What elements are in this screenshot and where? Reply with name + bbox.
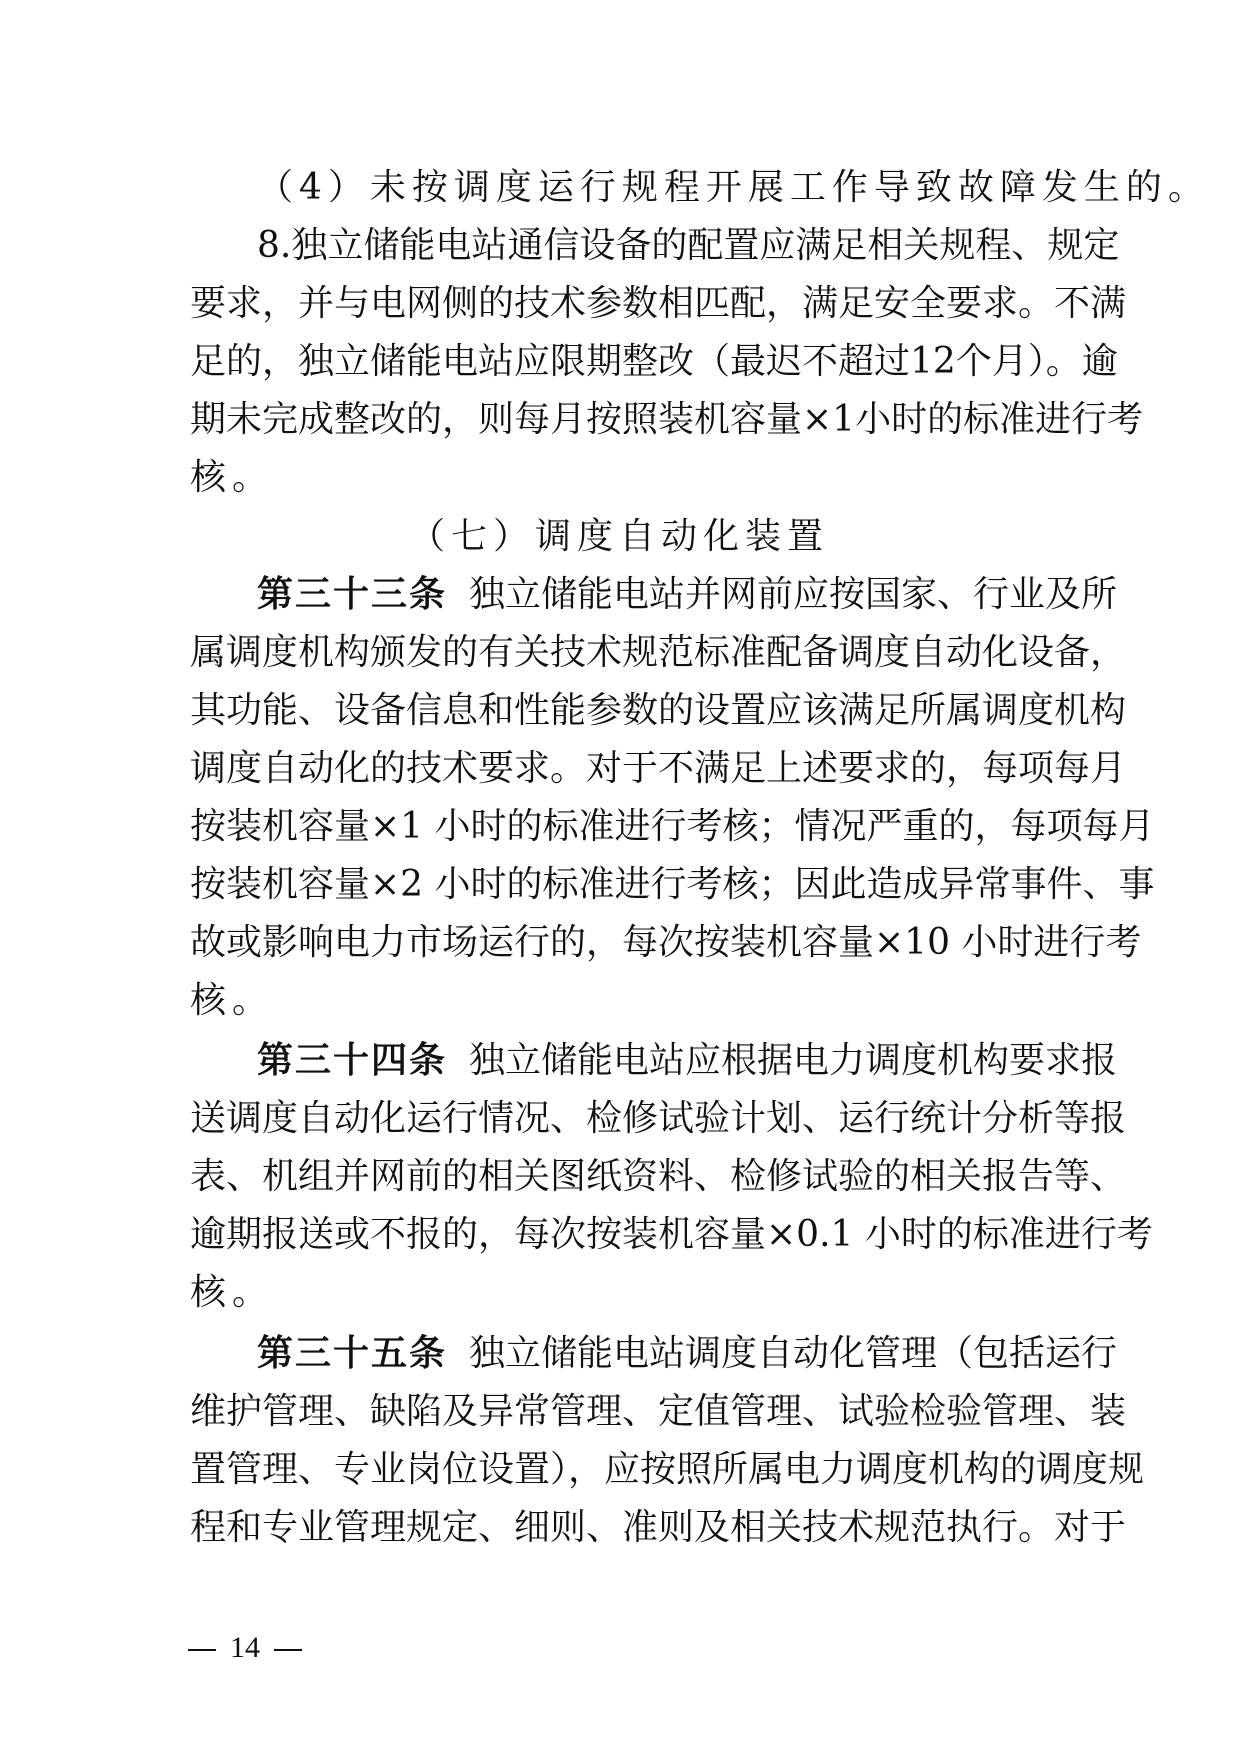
article-33-title: 第三十三条 — [257, 574, 447, 615]
article-35-line-4: 程和专业管理规定、细则、准则及相关技术规范执行。对于 — [190, 1499, 1048, 1557]
clause-8-line-3: 足的，独立储能电站应限期整改（最迟不超过12个月）。逾 — [190, 333, 1048, 391]
article-35-text-1: 独立储能电站调度自动化管理（包括运行 — [469, 1333, 1117, 1374]
article-33-line-3: 其功能、设备信息和性能参数的设置应该满足所属调度机构 — [190, 682, 1048, 740]
article-33-text-1: 独立储能电站并网前应按国家、行业及所 — [469, 574, 1117, 615]
article-34-line-5: 核。 — [190, 1264, 1048, 1322]
article-33-line-5: 按装机容量×1 小时的标准进行考核；情况严重的，每项每月 — [190, 798, 1048, 856]
clause-8-line-2: 要求，并与电网侧的技术参数相匹配，满足安全要求。不满 — [190, 275, 1048, 333]
article-35-line-3: 置管理、专业岗位设置），应按照所属电力调度机构的调度规 — [190, 1441, 1048, 1499]
article-35-line-1: 第三十五条独立储能电站调度自动化管理（包括运行 — [257, 1325, 1048, 1383]
page-number-value: 14 — [216, 1628, 274, 1668]
article-33-line-8: 核。 — [190, 972, 1048, 1030]
article-33-line-2: 属调度机构颁发的有关技术规范标准配备调度自动化设备， — [190, 624, 1048, 682]
article-34-line-2: 送调度自动化运行情况、检修试验计划、运行统计分析等报 — [190, 1090, 1048, 1148]
article-33-line-7: 故或影响电力市场运行的，每次按装机容量×10 小时进行考 — [190, 914, 1048, 972]
clause-8-line-4: 期未完成整改的，则每月按照装机容量×1小时的标准进行考 — [190, 391, 1048, 449]
clause-8-line-1: 8.独立储能电站通信设备的配置应满足相关规程、规定 — [257, 217, 1048, 275]
clause-8-line-5: 核。 — [190, 449, 1048, 507]
document-page: （4）未按调度运行规程开展工作导致故障发生的。 8.独立储能电站通信设备的配置应… — [0, 0, 1240, 1754]
article-34-line-3: 表、机组并网前的相关图纸资料、检修试验的相关报告等、 — [190, 1148, 1048, 1206]
article-34-line-1: 第三十四条独立储能电站应根据电力调度机构要求报 — [257, 1032, 1048, 1090]
article-34-title: 第三十四条 — [257, 1040, 447, 1081]
article-33-line-6: 按装机容量×2 小时的标准进行考核；因此造成异常事件、事 — [190, 856, 1048, 914]
page-number-left-dash — [188, 1649, 216, 1651]
article-33-line-1: 第三十三条独立储能电站并网前应按国家、行业及所 — [257, 566, 1048, 624]
article-34-line-4: 逾期报送或不报的，每次按装机容量×0.1 小时的标准进行考 — [190, 1206, 1048, 1264]
article-35-title: 第三十五条 — [257, 1333, 447, 1374]
article-33-line-4: 调度自动化的技术要求。对于不满足上述要求的，每项每月 — [190, 740, 1048, 798]
page-number-right-dash — [274, 1649, 302, 1651]
article-34-text-1: 独立储能电站应根据电力调度机构要求报 — [469, 1040, 1117, 1081]
article-35-line-2: 维护管理、缺陷及异常管理、定值管理、试验检验管理、装 — [190, 1383, 1048, 1441]
list-item-4: （4）未按调度运行规程开展工作导致故障发生的。 — [257, 159, 1048, 217]
page-number: 14 — [188, 1628, 302, 1668]
section-heading: （七）调度自动化装置 — [190, 508, 1048, 566]
